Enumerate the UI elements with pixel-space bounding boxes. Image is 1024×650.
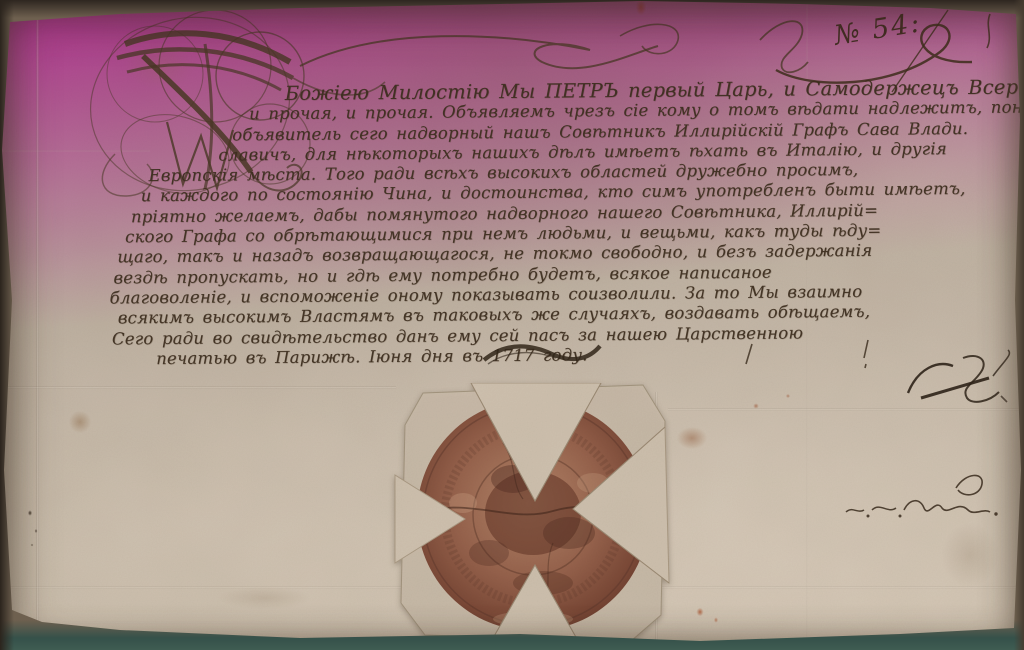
paper-sheet: № 54: Божіею Милостію Мы ПЕТРЪ первый Ца… [0,0,1024,650]
red-spots-bottom [686,598,734,632]
rust-spots-right [740,388,804,420]
fold-crease-right-lower [655,392,658,650]
seal-flap-shadow-edges [471,383,669,646]
fold-crease-mid-right [668,408,1024,411]
rust-smear-right-of-seal [674,422,710,454]
fold-crease-bottom [0,586,1024,589]
seal-paper-flaps [395,383,669,646]
red-smudge-above-seal [506,386,560,406]
manuscript-text: Божіею Милостію Мы ПЕТРЪ первый Царь, и … [0,78,1016,371]
doc-number: № 54: [832,7,923,51]
brown-stain-left [64,406,96,438]
countersignature-mark [838,468,1008,528]
seal-wax-disc [417,399,649,631]
photograph-frame: № 54: Божіею Милостію Мы ПЕТРЪ первый Ца… [0,0,1024,650]
fold-crease-mid-left [0,386,396,389]
faint-stain-bottom-left [200,582,330,614]
wax-seal [393,383,673,648]
doc-number-block: № 54: [772,4,1012,99]
seal-paper-patch [401,385,665,641]
ink-specks-left-edge [24,505,46,553]
header-flourishes [290,6,830,81]
shadow-stain-bottom-right [930,510,1010,600]
red-dot-top-center [634,0,648,18]
